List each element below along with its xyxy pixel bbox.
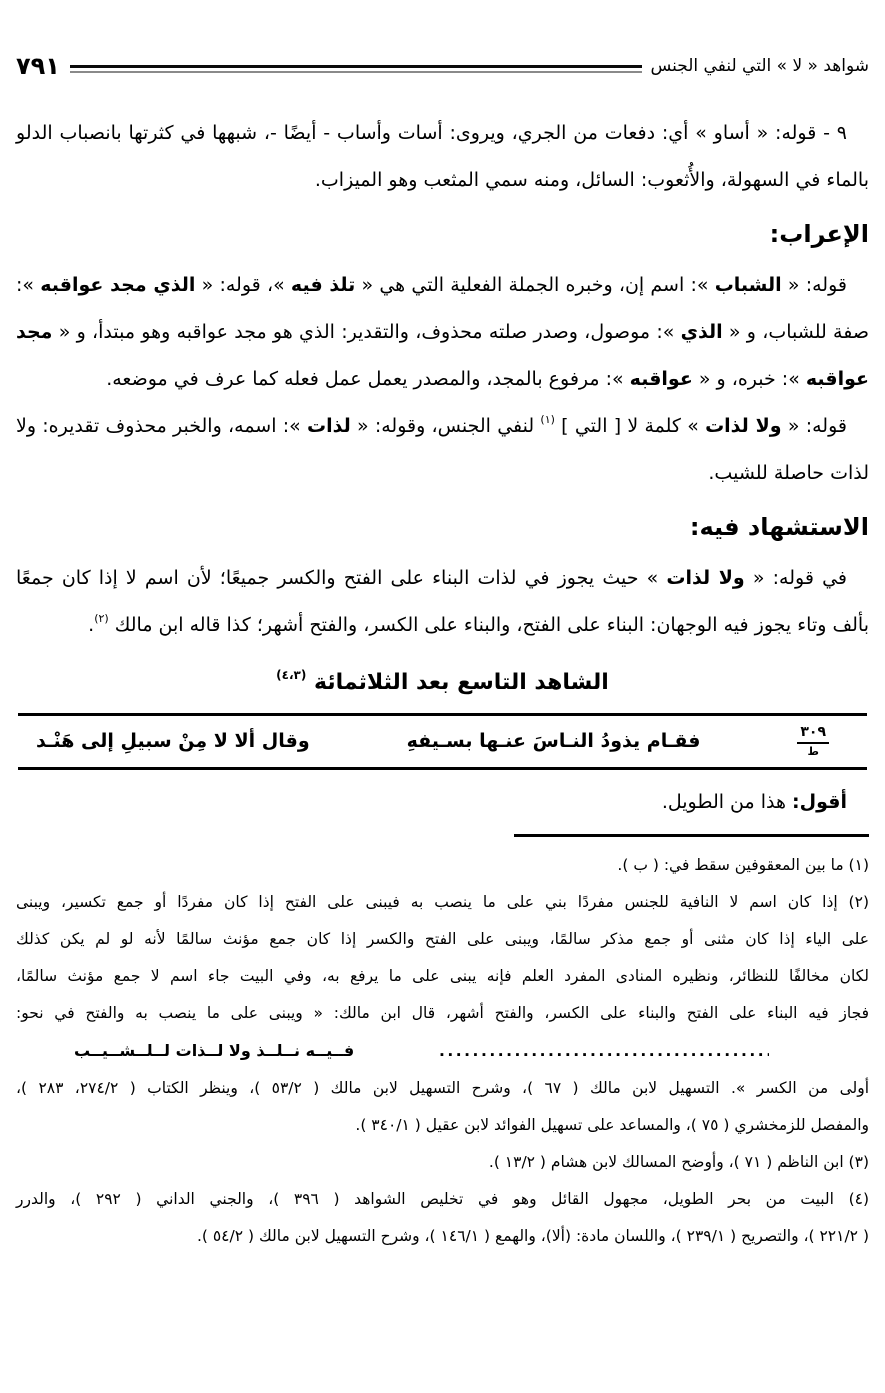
- footnote-verse-text: فــيــه نــلــذ ولا لــذات لــلــشــيــب: [74, 1032, 354, 1069]
- footnote-line: (٢) إذا كان اسم لا النافية للجنس مفردًا …: [16, 884, 869, 921]
- body-text: »: مرفوع بالمجد، والمصدر يعمل عمل فعله ك…: [106, 368, 629, 390]
- footnote-ref: (١): [540, 413, 555, 426]
- footnote-inline-verse: ........................................…: [16, 1032, 869, 1070]
- body-text: لنفي الجنس، وقوله: «: [351, 415, 541, 437]
- running-title: شواهد « لا » التي لنفي الجنس: [642, 56, 869, 76]
- body-text: في قوله: «: [745, 567, 847, 589]
- verse-number: ٣٠٩: [797, 724, 829, 744]
- verse-number-marker: ٣٠٩ ط: [797, 724, 829, 757]
- istishhad-paragraph: في قوله: « ولا لذات » حيث يجوز في لذات ا…: [16, 555, 869, 649]
- gloss-paragraph: ٩ - قوله: « أساو » أي: دفعات من الجري، و…: [16, 110, 869, 204]
- emphasized-text: تلذ فيه: [291, 274, 355, 296]
- verse-hemistich-left: وقال ألا لا مِنْ سبيلِ إلى هَنْـد: [36, 730, 310, 752]
- aqul-line: أقول: هذا من الطويل.: [16, 782, 869, 822]
- section-heading-irab: الإعراب:: [16, 208, 869, 260]
- body-text: » كلمة لا [ التي ]: [555, 415, 705, 437]
- body-text: »، قوله: «: [195, 274, 291, 296]
- body-text: »: موصول، وصدر صلته محذوف، والتقدير: الذ…: [52, 321, 680, 343]
- emphasized-text: ولا لذات: [666, 567, 744, 589]
- page-number: ٧٩١: [16, 52, 70, 80]
- footnote-line: ( ٢٢١/٢ )، والتصريح ( ٢٣٩/١ )، واللسان م…: [16, 1218, 869, 1255]
- aqul-text: هذا من الطويل.: [662, 791, 792, 813]
- footnote-line: (٣) ابن الناظم ( ٧١ )، وأوضح المسالك لاب…: [16, 1144, 869, 1181]
- verse-row: ٣٠٩ ط فقـام يذودُ النـاسَ عنـها بسـيفهِ …: [36, 724, 829, 757]
- footnote-line: لكان مخالفًا للنظائر، ونظيره المنادى الم…: [16, 958, 869, 995]
- ellipsis-dots: ........................................…: [439, 1033, 769, 1070]
- emphasized-text: الشباب: [715, 274, 782, 296]
- footnote-lines-after: أولى من الكسر ». التسهيل لابن مالك ( ٦٧ …: [16, 1070, 869, 1255]
- footnote-separator-rule: [514, 834, 869, 837]
- section-heading-istishhad: الاستشهاد فيه:: [16, 501, 869, 553]
- emphasized-text: عواقبه: [630, 368, 693, 390]
- footnote-line: والمفصل للزمخشري ( ٧٥ )، والمساعد على تس…: [16, 1107, 869, 1144]
- lathat-paragraph: قوله: « ولا لذات » كلمة لا [ التي ] (١) …: [16, 403, 869, 497]
- verse-meter-abbrev: ط: [807, 744, 818, 757]
- body-text: قوله: «: [782, 274, 847, 296]
- aqul-label: أقول:: [792, 791, 847, 813]
- footnote-lines-before: (١) ما بين المعقوفين سقط في: ( ب ).(٢) إ…: [16, 847, 869, 1032]
- shahid-heading: الشاهد التاسع بعد الثلاثمائة (٤،٣): [16, 663, 869, 703]
- shahid-footnote-ref: (٤،٣): [276, 668, 306, 682]
- page-body: ٩ - قوله: « أساو » أي: دفعات من الجري، و…: [16, 110, 869, 822]
- footnote-line: فجاز فيه البناء على الفتح والبناء على ال…: [16, 995, 869, 1032]
- body-text: »: خبره، و «: [693, 368, 806, 390]
- emphasized-text: الذي: [681, 321, 723, 343]
- page-header: شواهد « لا » التي لنفي الجنس ٧٩١: [16, 52, 869, 80]
- footnotes-section: (١) ما بين المعقوفين سقط في: ( ب ).(٢) إ…: [16, 834, 869, 1255]
- header-double-rule: [70, 65, 643, 73]
- body-text: »: اسم إن، وخبره الجملة الفعلية التي هي …: [355, 274, 714, 296]
- footnote-line: (١) ما بين المعقوفين سقط في: ( ب ).: [16, 847, 869, 884]
- irab-paragraph: قوله: « الشباب »: اسم إن، وخبره الجملة ا…: [16, 262, 869, 403]
- emphasized-text: الذي مجد عواقبه: [40, 274, 195, 296]
- emphasized-text: ولا لذات: [705, 415, 782, 437]
- verse-hemistich-right: فقـام يذودُ النـاسَ عنـها بسـيفهِ: [407, 730, 701, 752]
- book-page: شواهد « لا » التي لنفي الجنس ٧٩١ ٩ - قول…: [0, 0, 885, 1255]
- emphasized-text: لذات: [307, 415, 351, 437]
- shahid-title: الشاهد التاسع بعد الثلاثمائة: [314, 670, 609, 695]
- footnote-ref: (٢): [94, 612, 109, 625]
- body-text: قوله: «: [782, 415, 847, 437]
- footnote-line: (٤) البيت من بحر الطويل، مجهول القائل وه…: [16, 1181, 869, 1218]
- footnote-line: أولى من الكسر ». التسهيل لابن مالك ( ٦٧ …: [16, 1070, 869, 1107]
- verse-block: ٣٠٩ ط فقـام يذودُ النـاسَ عنـها بسـيفهِ …: [18, 713, 867, 770]
- footnote-line: على الياء إذا كان مثنى أو جمع مذكر سالمً…: [16, 921, 869, 958]
- body-text: ٩ - قوله: « أساو » أي: دفعات من الجري، و…: [16, 122, 869, 191]
